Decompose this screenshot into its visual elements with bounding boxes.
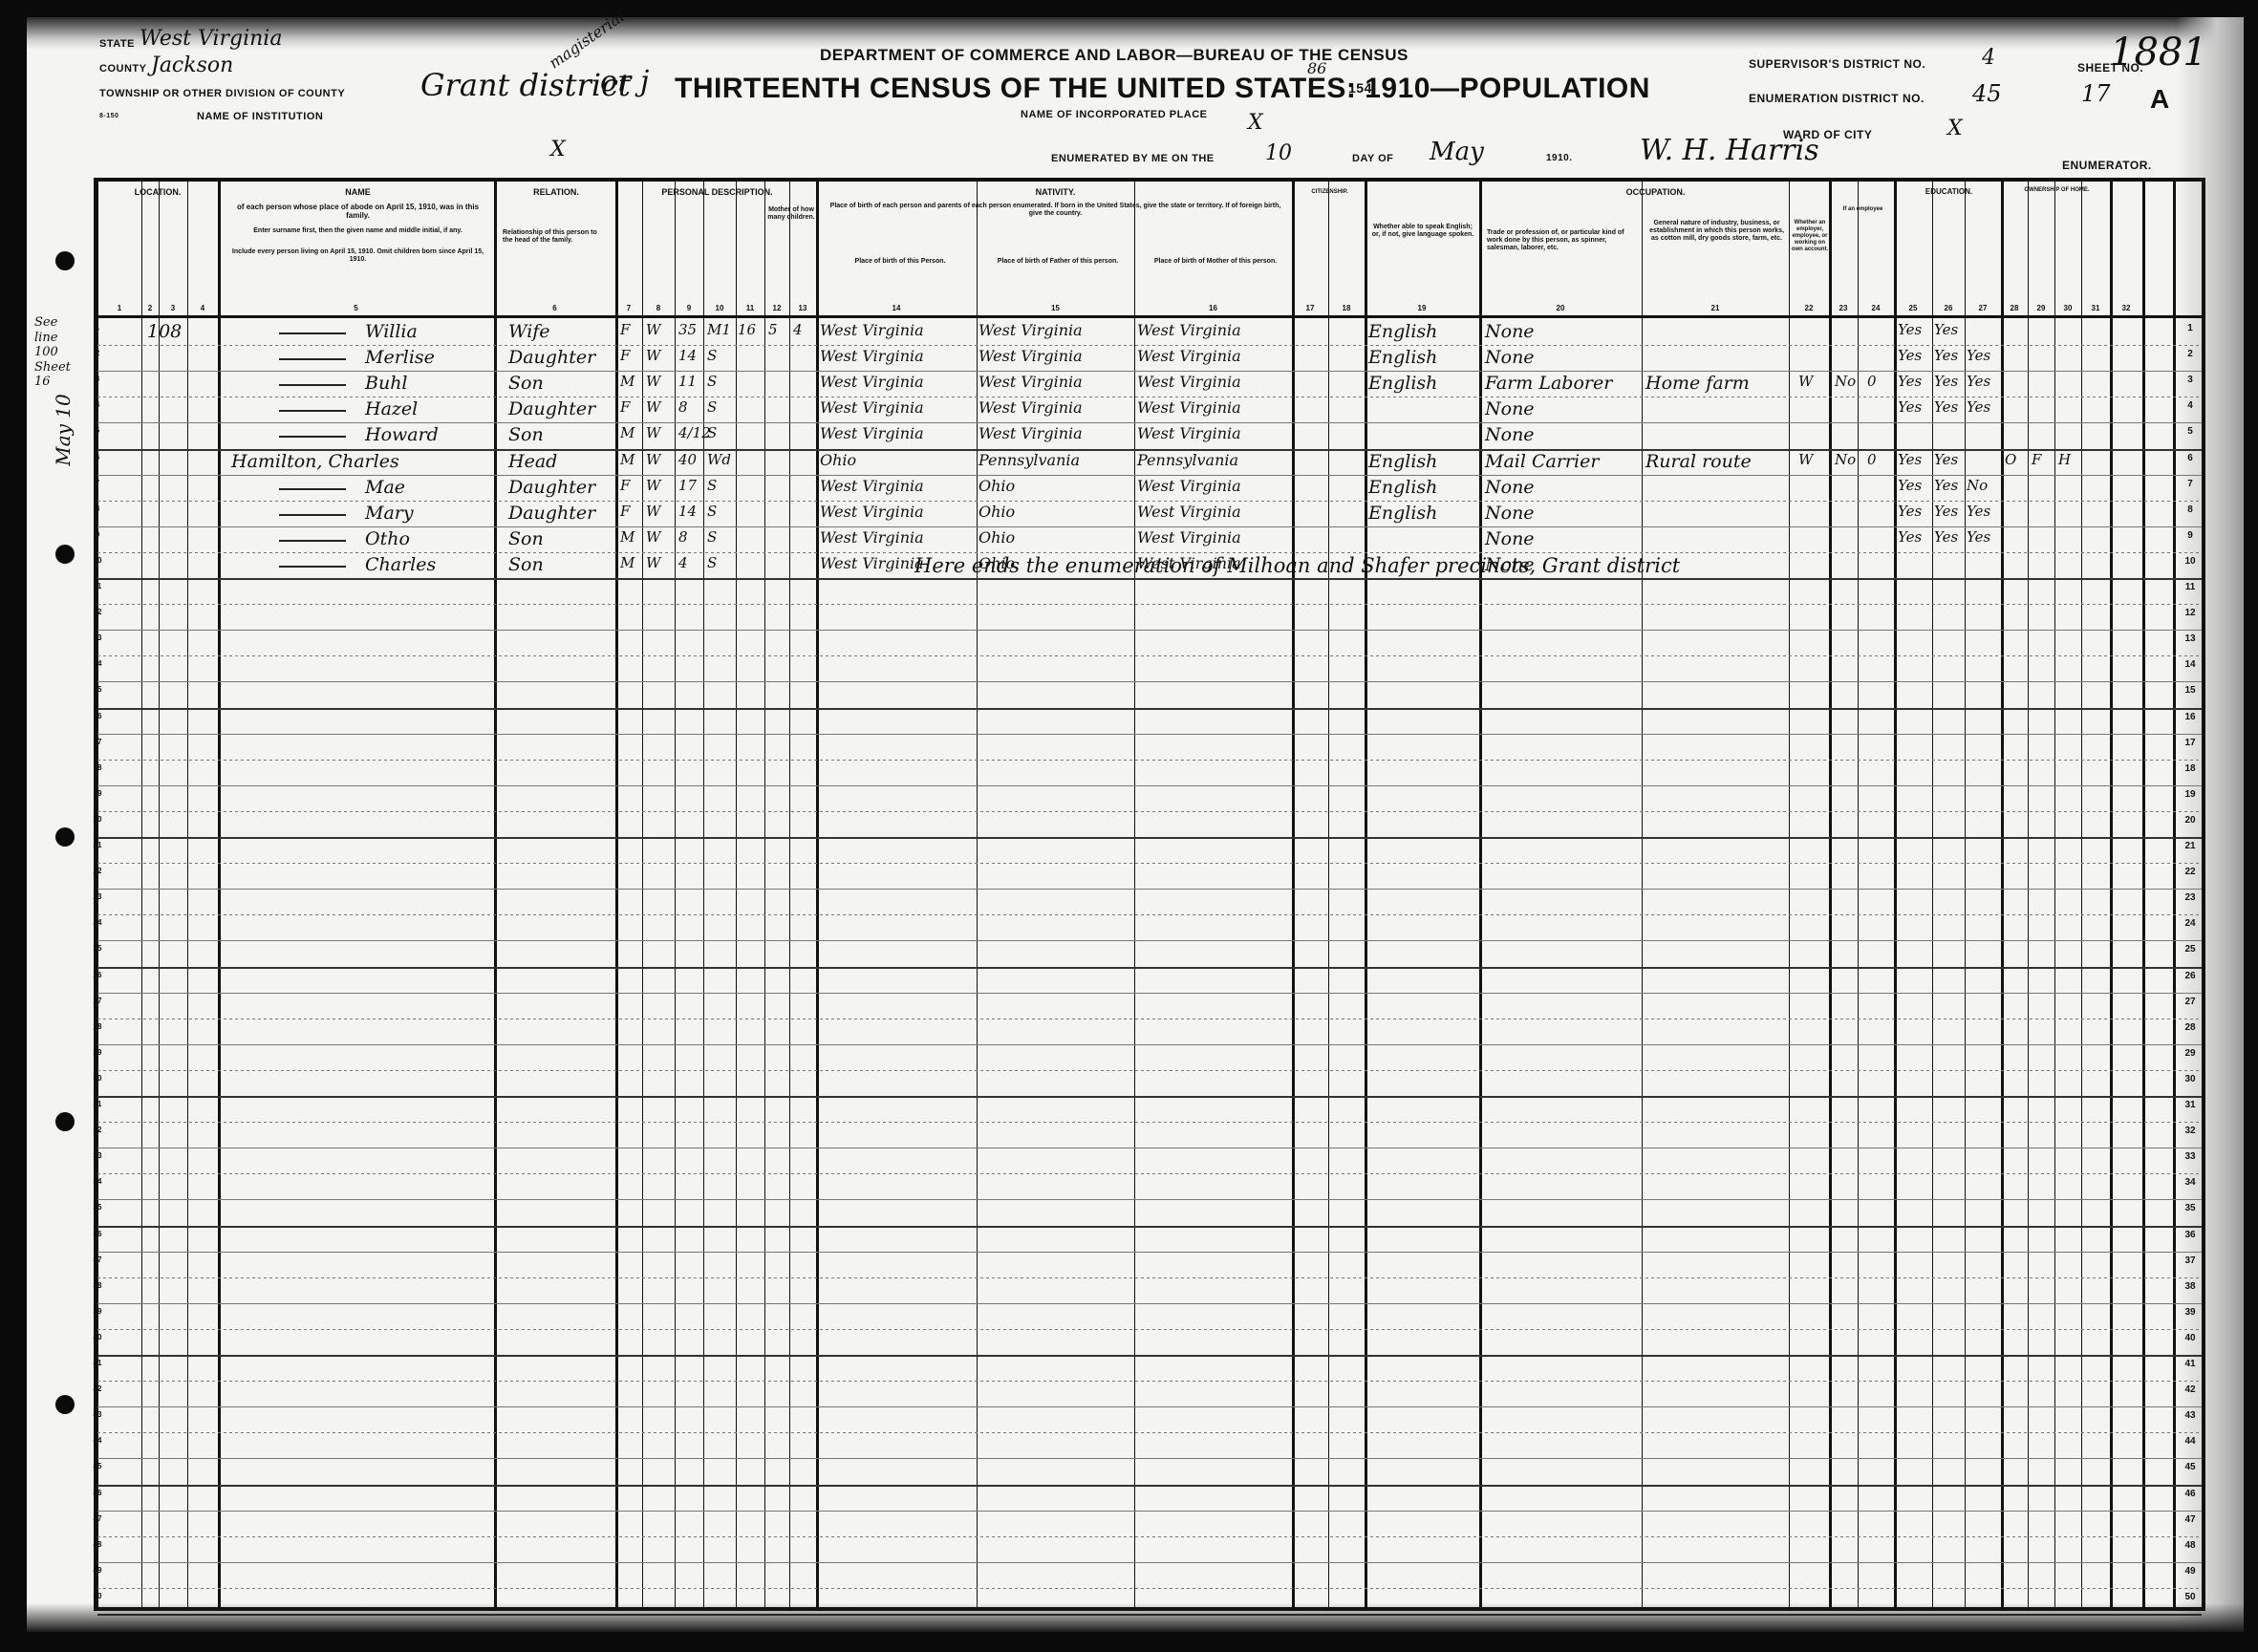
line-number-left: 45 bbox=[86, 1462, 109, 1470]
cell-trade: None bbox=[1485, 349, 1535, 367]
nativity-description: Place of birth of each person and parent… bbox=[828, 203, 1282, 218]
ward-value: X bbox=[1947, 117, 1963, 140]
line-number: 43 bbox=[2179, 1410, 2202, 1421]
cell-birth: West Virginia bbox=[820, 479, 924, 494]
cell-read: Yes bbox=[1898, 323, 1922, 337]
name-description-3: Include every person living on April 15,… bbox=[231, 248, 484, 264]
cell-birth: West Virginia bbox=[820, 504, 924, 520]
line-number: 18 bbox=[2179, 763, 2202, 774]
row-rule bbox=[97, 1303, 2202, 1304]
row-rule bbox=[97, 578, 2202, 580]
line-number: 48 bbox=[2179, 1540, 2202, 1551]
cell-sex: M bbox=[620, 530, 634, 545]
row-rule bbox=[97, 681, 2202, 682]
incorporated-place-label: Name of incorporated place bbox=[1021, 109, 1208, 120]
cell-marital: S bbox=[707, 504, 717, 519]
birth-mother-heading: Place of birth of Mother of this person. bbox=[1139, 258, 1292, 266]
column-number: 14 bbox=[816, 304, 977, 312]
line-number-left: 8 bbox=[86, 504, 109, 513]
cell-marital: M1 bbox=[707, 323, 731, 337]
sheet-value: 17 bbox=[2081, 80, 2111, 107]
column-number: 20 bbox=[1479, 304, 1642, 312]
cell-free: F bbox=[2032, 453, 2041, 467]
line-number-left: 21 bbox=[86, 841, 109, 849]
row-rule bbox=[97, 1226, 2202, 1228]
binder-hole bbox=[55, 827, 75, 847]
state-label: State bbox=[99, 38, 135, 50]
cell-race: W bbox=[646, 530, 660, 545]
line-number-left: 12 bbox=[86, 608, 109, 616]
column-number: 6 bbox=[494, 304, 615, 312]
column-number: 27 bbox=[1965, 304, 2001, 312]
line-number-left: 38 bbox=[86, 1281, 109, 1290]
line-number-left: 1 bbox=[86, 323, 109, 332]
line-number: 3 bbox=[2179, 375, 2202, 385]
header-rule bbox=[97, 315, 2202, 318]
line-number: 36 bbox=[2179, 1230, 2202, 1240]
cell-mother-birth: West Virginia bbox=[1137, 530, 1241, 546]
cell-write: Yes bbox=[1934, 323, 1958, 337]
column-number: 11 bbox=[736, 304, 764, 312]
cell-school: Yes bbox=[1967, 349, 1990, 363]
cell-mother-birth: West Virginia bbox=[1137, 426, 1241, 441]
relation-description: Relationship of this person to the head … bbox=[503, 229, 608, 245]
cell-trade: Farm Laborer bbox=[1485, 375, 1612, 393]
cell-marital: S bbox=[707, 400, 717, 415]
line-number-left: 30 bbox=[86, 1074, 109, 1083]
end-note: Here ends the enumeration of Milhoan and… bbox=[914, 556, 1680, 576]
cell-marital: S bbox=[707, 426, 717, 440]
row-rule bbox=[97, 1122, 2202, 1123]
line-number-left: 34 bbox=[86, 1177, 109, 1186]
column-number: 26 bbox=[1932, 304, 1965, 312]
ditto-dash bbox=[279, 436, 346, 438]
cell-school: Yes bbox=[1967, 504, 1990, 519]
row-rule bbox=[97, 501, 2202, 502]
cell-race: W bbox=[646, 400, 660, 415]
line-number: 47 bbox=[2179, 1514, 2202, 1525]
cell-relation: Daughter bbox=[508, 400, 595, 418]
row-rule bbox=[97, 1536, 2202, 1537]
row-rule bbox=[97, 1252, 2202, 1253]
column-number: 16 bbox=[1134, 304, 1292, 312]
cell-school: Yes bbox=[1967, 530, 1990, 545]
line-number-left: 32 bbox=[86, 1126, 109, 1134]
cell-race: W bbox=[646, 349, 660, 363]
line-number-left: 5 bbox=[86, 426, 109, 435]
row-rule bbox=[97, 1432, 2202, 1433]
cell-sex: M bbox=[620, 426, 634, 440]
cell-language: English bbox=[1368, 323, 1437, 341]
row-rule bbox=[97, 1614, 2202, 1616]
cell-father-birth: Pennsylvania bbox=[978, 453, 1080, 468]
cell-marital: S bbox=[707, 479, 717, 493]
cell-mother-birth: West Virginia bbox=[1137, 375, 1241, 390]
cell-name: Hazel bbox=[365, 400, 418, 418]
column-number: 19 bbox=[1365, 304, 1479, 312]
line-number: 41 bbox=[2179, 1359, 2202, 1369]
cell-sex: F bbox=[620, 504, 630, 519]
line-number-left: 14 bbox=[86, 659, 109, 668]
line-number-left: 42 bbox=[86, 1384, 109, 1393]
state-value: West Virginia bbox=[140, 27, 282, 51]
line-number: 20 bbox=[2179, 815, 2202, 826]
column-number: 28 bbox=[2001, 304, 2028, 312]
line-number-left: 4 bbox=[86, 400, 109, 409]
cell-name: Charles bbox=[365, 556, 436, 574]
ditto-dash bbox=[279, 488, 346, 490]
row-rule bbox=[97, 734, 2202, 735]
cell-write: Yes bbox=[1934, 375, 1958, 389]
cell-name: Howard bbox=[365, 426, 439, 444]
row-rule bbox=[97, 1329, 2202, 1330]
cell-birth: West Virginia bbox=[820, 323, 924, 338]
row-rule bbox=[97, 967, 2202, 969]
county-label: County bbox=[99, 63, 146, 75]
line-number-left: 41 bbox=[86, 1359, 109, 1367]
line-number-left: 47 bbox=[86, 1514, 109, 1523]
row-rule bbox=[97, 863, 2202, 864]
line-number-left: 50 bbox=[86, 1592, 109, 1600]
cell-age: 4 bbox=[678, 556, 688, 570]
line-number: 44 bbox=[2179, 1436, 2202, 1447]
cell-age: 11 bbox=[678, 375, 697, 389]
row-rule bbox=[97, 1511, 2202, 1512]
cell-mother-birth: West Virginia bbox=[1137, 323, 1241, 338]
line-number-left: 28 bbox=[86, 1022, 109, 1031]
cell-employer: W bbox=[1798, 453, 1813, 467]
year-label: 1910. bbox=[1546, 153, 1573, 163]
line-number: 27 bbox=[2179, 997, 2202, 1007]
enumeration-value: 45 bbox=[1972, 80, 2002, 107]
line-number: 24 bbox=[2179, 918, 2202, 929]
cell-age: 8 bbox=[678, 530, 688, 545]
cell-sex: F bbox=[620, 349, 630, 363]
line-number: 28 bbox=[2179, 1022, 2202, 1033]
education-heading: EDUCATION. bbox=[1897, 187, 2001, 196]
institution-value: X bbox=[550, 138, 566, 161]
line-number: 1 bbox=[2179, 323, 2202, 333]
name-description-2: Enter surname first, then the given name… bbox=[231, 227, 484, 235]
column-number: 32 bbox=[2110, 304, 2142, 312]
column-number: 29 bbox=[2028, 304, 2054, 312]
line-number: 14 bbox=[2179, 659, 2202, 670]
cell-father-birth: West Virginia bbox=[978, 323, 1083, 338]
line-number-left: 39 bbox=[86, 1307, 109, 1316]
census-table: LOCATION. NAME of each person whose plac… bbox=[94, 178, 2205, 1611]
enumerator-label: Enumerator. bbox=[2062, 159, 2152, 172]
name-description: of each person whose place of abode on A… bbox=[231, 203, 484, 220]
cell-relation: Daughter bbox=[508, 479, 595, 497]
cell-relation: Son bbox=[508, 556, 544, 574]
line-number-left: 26 bbox=[86, 971, 109, 979]
cell-birth: West Virginia bbox=[820, 349, 924, 364]
cell-farm: H bbox=[2058, 453, 2071, 467]
line-number: 8 bbox=[2179, 504, 2202, 515]
cell-name: Buhl bbox=[365, 375, 408, 393]
day-of-label: day of bbox=[1352, 153, 1393, 164]
cell-name: Otho bbox=[365, 530, 410, 548]
column-number: 18 bbox=[1328, 304, 1365, 312]
column-number: 25 bbox=[1894, 304, 1932, 312]
cell-sex: F bbox=[620, 400, 630, 415]
row-rule bbox=[97, 1406, 2202, 1407]
line-number-left: 19 bbox=[86, 789, 109, 798]
row-rule bbox=[97, 1277, 2202, 1278]
cell-write: Yes bbox=[1934, 479, 1958, 493]
census-title: THIRTEENTH CENSUS OF THE UNITED STATES: … bbox=[675, 73, 1650, 105]
cell-sex: M bbox=[620, 453, 634, 467]
employer-heading: Whether an employer, employee, or workin… bbox=[1791, 220, 1829, 252]
cell-father-birth: West Virginia bbox=[978, 349, 1083, 364]
enumerated-label: Enumerated by me on the bbox=[1051, 153, 1215, 164]
township-label: Township or other division of county bbox=[99, 88, 345, 99]
cell-mother-birth: Pennsylvania bbox=[1137, 453, 1238, 468]
cell-race: W bbox=[646, 479, 660, 493]
cell-marital: Wd bbox=[707, 453, 731, 467]
row-rule bbox=[97, 811, 2202, 812]
line-number: 38 bbox=[2179, 1281, 2202, 1292]
cell-sex: F bbox=[620, 479, 630, 493]
line-number-left: 24 bbox=[86, 918, 109, 927]
cell-industry: Rural route bbox=[1645, 453, 1752, 471]
row-rule bbox=[97, 785, 2202, 786]
column-number: 15 bbox=[977, 304, 1134, 312]
cell-language: English bbox=[1368, 504, 1437, 523]
cell-read: Yes bbox=[1898, 504, 1922, 519]
institution-label: Name of institution bbox=[197, 111, 323, 122]
row-rule bbox=[97, 1458, 2202, 1459]
column-number: 31 bbox=[2081, 304, 2110, 312]
census-sheet: State West Virginia County Jackson Towns… bbox=[27, 17, 2244, 1632]
line-number: 11 bbox=[2179, 582, 2202, 592]
row-rule bbox=[97, 422, 2202, 423]
line-number-left: 13 bbox=[86, 633, 109, 642]
row-rule bbox=[97, 1199, 2202, 1200]
row-rule bbox=[97, 940, 2202, 941]
cell-trade: Mail Carrier bbox=[1485, 453, 1599, 471]
line-number-left: 29 bbox=[86, 1048, 109, 1057]
cell-trade: None bbox=[1485, 323, 1535, 341]
line-number-left: 6 bbox=[86, 453, 109, 461]
cell-race: W bbox=[646, 426, 660, 440]
row-rule bbox=[97, 993, 2202, 994]
column-number: 3 bbox=[159, 304, 187, 312]
line-number: 12 bbox=[2179, 608, 2202, 618]
binder-hole bbox=[55, 251, 75, 270]
cell-race: W bbox=[646, 504, 660, 519]
cell-language: English bbox=[1368, 375, 1437, 393]
line-number-left: 27 bbox=[86, 997, 109, 1005]
row-rule bbox=[97, 397, 2202, 397]
cell-father-birth: West Virginia bbox=[978, 375, 1083, 390]
cell-father-birth: West Virginia bbox=[978, 400, 1083, 416]
cell-trade: None bbox=[1485, 530, 1535, 548]
line-number-left: 33 bbox=[86, 1151, 109, 1160]
line-number: 29 bbox=[2179, 1048, 2202, 1059]
cell-years-married: 16 bbox=[738, 323, 756, 337]
enumeration-label: Enumeration District No. bbox=[1749, 92, 1925, 105]
margin-note-rotated: May 10 bbox=[52, 394, 75, 466]
ditto-dash bbox=[279, 410, 346, 412]
cell-relation: Wife bbox=[508, 323, 550, 341]
line-number: 10 bbox=[2179, 556, 2202, 567]
location-heading: LOCATION. bbox=[97, 187, 218, 197]
column-number: 30 bbox=[2054, 304, 2081, 312]
row-rule bbox=[97, 371, 2202, 372]
line-number: 13 bbox=[2179, 633, 2202, 644]
supervisor-label: Supervisor's District No. bbox=[1749, 57, 1925, 71]
personal-description-heading: PERSONAL DESCRIPTION. bbox=[618, 187, 816, 197]
cell-birth: West Virginia bbox=[820, 530, 924, 546]
row-rule bbox=[97, 630, 2202, 631]
line-number-left: 3 bbox=[86, 375, 109, 383]
cell-mother-birth: West Virginia bbox=[1137, 400, 1241, 416]
cell-trade: None bbox=[1485, 479, 1535, 497]
cell-birth: West Virginia bbox=[820, 426, 924, 441]
line-number: 35 bbox=[2179, 1203, 2202, 1213]
row-rule bbox=[97, 760, 2202, 761]
line-number-left: 40 bbox=[86, 1333, 109, 1341]
line-number: 39 bbox=[2179, 1307, 2202, 1318]
cell-relation: Son bbox=[508, 426, 544, 444]
row-rule bbox=[97, 345, 2202, 346]
ward-label: Ward of city bbox=[1783, 128, 1872, 141]
cell-race: W bbox=[646, 375, 660, 389]
row-rule bbox=[97, 1019, 2202, 1019]
line-number: 45 bbox=[2179, 1462, 2202, 1472]
name-heading: NAME bbox=[222, 187, 494, 197]
cell-age: 14 bbox=[678, 349, 697, 363]
supervisor-value: 4 bbox=[1982, 46, 1995, 70]
column-number: 10 bbox=[703, 304, 736, 312]
line-number-left: 35 bbox=[86, 1203, 109, 1212]
cell-read: Yes bbox=[1898, 530, 1922, 545]
line-number: 9 bbox=[2179, 530, 2202, 541]
line-number-left: 20 bbox=[86, 815, 109, 824]
cell-father-birth: Ohio bbox=[978, 530, 1015, 546]
cell-children-living: 4 bbox=[793, 323, 803, 337]
cell-relation: Head bbox=[508, 453, 557, 471]
line-number-left: 9 bbox=[86, 530, 109, 539]
line-number: 25 bbox=[2179, 944, 2202, 955]
line-number-left: 25 bbox=[86, 944, 109, 953]
enumerated-day: 10 bbox=[1265, 141, 1292, 165]
row-rule bbox=[97, 475, 2202, 476]
cell-own: O bbox=[2005, 453, 2016, 467]
cell-relation: Daughter bbox=[508, 504, 595, 523]
line-number-left: 48 bbox=[86, 1540, 109, 1549]
line-number-left: 7 bbox=[86, 479, 109, 487]
trade-heading: Trade or profession of, or particular ki… bbox=[1487, 229, 1640, 252]
line-number-left: 10 bbox=[86, 556, 109, 565]
row-rule bbox=[97, 914, 2202, 915]
column-number: 1 bbox=[97, 304, 141, 312]
line-number-left: 15 bbox=[86, 685, 109, 694]
birth-father-heading: Place of birth of Father of this person. bbox=[981, 258, 1134, 266]
line-number: 6 bbox=[2179, 453, 2202, 463]
cell-race: W bbox=[646, 453, 660, 467]
cell-father-birth: Ohio bbox=[978, 479, 1015, 494]
line-number: 34 bbox=[2179, 1177, 2202, 1188]
binder-hole bbox=[55, 1112, 75, 1131]
cell-name: Willia bbox=[365, 323, 418, 341]
row-rule bbox=[97, 708, 2202, 710]
ditto-dash bbox=[279, 384, 346, 386]
cell-birth: Ohio bbox=[820, 453, 856, 468]
stamp-small: 86 bbox=[1307, 59, 1326, 77]
column-number: 5 bbox=[218, 304, 494, 312]
line-number: 7 bbox=[2179, 479, 2202, 489]
nativity-heading: NATIVITY. bbox=[819, 187, 1292, 197]
cell-school: Yes bbox=[1967, 400, 1990, 415]
column-number: 23 bbox=[1829, 304, 1858, 312]
line-number: 46 bbox=[2179, 1489, 2202, 1499]
page-stamp: 1881 bbox=[2110, 31, 2207, 75]
column-number: 2 bbox=[141, 304, 159, 312]
ditto-dash bbox=[279, 358, 346, 360]
line-number-left: 23 bbox=[86, 892, 109, 901]
cell-trade: None bbox=[1485, 426, 1535, 444]
line-number-left: 43 bbox=[86, 1410, 109, 1419]
cell-age: 35 bbox=[678, 323, 697, 337]
cell-weeks: 0 bbox=[1867, 375, 1877, 389]
column-number: 12 bbox=[764, 304, 789, 312]
line-number: 30 bbox=[2179, 1074, 2202, 1084]
cell-language: English bbox=[1368, 479, 1437, 497]
line-number-left: 11 bbox=[86, 582, 109, 590]
line-number: 4 bbox=[2179, 400, 2202, 411]
cell-write: Yes bbox=[1934, 530, 1958, 545]
column-number: 17 bbox=[1292, 304, 1328, 312]
ditto-dash bbox=[279, 333, 346, 334]
occupation-heading: OCCUPATION. bbox=[1482, 187, 1829, 197]
line-number: 50 bbox=[2179, 1592, 2202, 1602]
cell-mother-birth: West Virginia bbox=[1137, 349, 1241, 364]
line-number-left: 44 bbox=[86, 1436, 109, 1445]
line-number: 37 bbox=[2179, 1255, 2202, 1266]
cell-read: Yes bbox=[1898, 400, 1922, 415]
cell-read: Yes bbox=[1898, 453, 1922, 467]
line-number: 19 bbox=[2179, 789, 2202, 800]
line-number: 22 bbox=[2179, 867, 2202, 877]
binder-hole bbox=[55, 545, 75, 564]
row-rule bbox=[97, 1485, 2202, 1487]
cell-father-birth: Ohio bbox=[978, 504, 1015, 520]
cell-language: English bbox=[1368, 349, 1437, 367]
line-number-left: 36 bbox=[86, 1230, 109, 1238]
cell-relation: Son bbox=[508, 375, 544, 393]
cell-write: Yes bbox=[1934, 349, 1958, 363]
cell-read: Yes bbox=[1898, 349, 1922, 363]
line-number-left: 37 bbox=[86, 1255, 109, 1264]
industry-heading: General nature of industry, business, or… bbox=[1647, 220, 1786, 243]
line-number: 26 bbox=[2179, 971, 2202, 981]
line-number-left: 2 bbox=[86, 349, 109, 357]
line-number: 15 bbox=[2179, 685, 2202, 696]
enumerated-month: May bbox=[1430, 138, 1484, 166]
line-number: 5 bbox=[2179, 426, 2202, 437]
cell-age: 40 bbox=[678, 453, 697, 467]
cell-father-birth: West Virginia bbox=[978, 426, 1083, 441]
line-number-left: 31 bbox=[86, 1100, 109, 1108]
row-rule bbox=[97, 1588, 2202, 1589]
cell-trade: None bbox=[1485, 400, 1535, 418]
column-number: 21 bbox=[1642, 304, 1789, 312]
column-number: 8 bbox=[642, 304, 675, 312]
birth-person-heading: Place of birth of this Person. bbox=[824, 258, 977, 266]
cell-birth: West Virginia bbox=[820, 375, 924, 390]
